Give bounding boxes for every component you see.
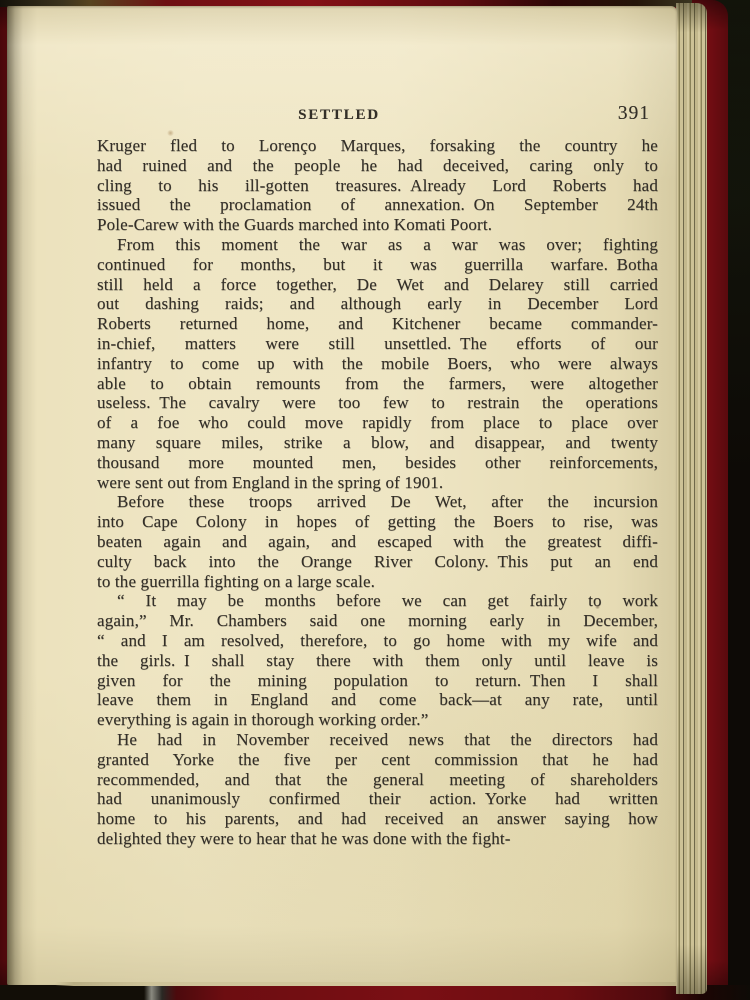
text-line: many square miles, strike a blow, and di…	[97, 433, 658, 453]
text-line: “ and I am resolved, therefore, to go ho…	[97, 631, 658, 651]
text-line: continued for months, but it was guerril…	[97, 255, 658, 275]
text-line: into Cape Colony in hopes of getting the…	[97, 512, 658, 532]
text-line: beaten again and again, and escaped with…	[97, 532, 658, 552]
text-line: useless. The cavalry were too few to res…	[97, 393, 658, 413]
scanned-book-photo: SETTLED 391 Kruger fled to Lorenço Marqu…	[0, 0, 750, 1000]
text-line: From this moment the war as a war was ov…	[97, 235, 658, 255]
text-line: had ruined and the people he had deceive…	[97, 156, 658, 176]
text-line: Before these troops arrived De Wet, afte…	[97, 492, 658, 512]
text-line: thousand more mounted men, besides other…	[97, 453, 658, 473]
paragraph: Kruger fled to Lorenço Marques, forsakin…	[97, 136, 658, 235]
paragraph: “ It may be months before we can get fai…	[97, 591, 658, 730]
text-line: recommended, and that the general meetin…	[97, 770, 658, 790]
paper-fleck	[595, 605, 600, 609]
text-line: were sent out from England in the spring…	[97, 473, 658, 493]
page-bottom-edge	[55, 982, 677, 986]
paragraph: From this moment the war as a war was ov…	[97, 235, 658, 492]
page-number: 391	[618, 102, 650, 126]
paragraph: Before these troops arrived De Wet, afte…	[97, 492, 658, 591]
text-line: home to his parents, and had received an…	[97, 809, 658, 829]
text-line: again,” Mr. Chambers said one morning ea…	[97, 611, 658, 631]
book-page: SETTLED 391 Kruger fled to Lorenço Marqu…	[7, 6, 677, 985]
text-line: cling to his ill-gotten treasures. Alrea…	[97, 176, 658, 196]
text-line: the girls. I shall stay there with them …	[97, 651, 658, 671]
running-head: SETTLED	[298, 108, 380, 123]
text-line: Pole-Carew with the Guards marched into …	[97, 215, 658, 235]
text-line: Roberts returned home, and Kitchener bec…	[97, 314, 658, 334]
text-line: leave them in England and come back—at a…	[97, 690, 658, 710]
book-cover-bottom-edge	[0, 985, 750, 1000]
text-line: granted Yorke the five per cent commissi…	[97, 750, 658, 770]
body-text: Kruger fled to Lorenço Marques, forsakin…	[97, 136, 658, 849]
text-line: in-chief, matters were still unsettled. …	[97, 334, 658, 354]
text-line: He had in November received news that th…	[97, 730, 658, 750]
gutter-shadow	[7, 6, 23, 985]
text-line: given for the mining population to retur…	[97, 671, 658, 691]
text-line: able to obtain remounts from the farmers…	[97, 374, 658, 394]
text-line: of a foe who could move rapidly from pla…	[97, 413, 658, 433]
text-line: culty back into the Orange River Colony.…	[97, 552, 658, 572]
page-stack-fore-edge	[676, 3, 707, 994]
page-header: SETTLED 391	[97, 102, 658, 126]
text-line: still held a force together, De Wet and …	[97, 275, 658, 295]
paper-fleck	[167, 130, 174, 136]
text-line: Kruger fled to Lorenço Marques, forsakin…	[97, 136, 658, 156]
paragraph: He had in November received news that th…	[97, 730, 658, 849]
text-line: “ It may be months before we can get fai…	[97, 591, 658, 611]
text-line: everything is again in thorough working …	[97, 710, 658, 730]
text-line: to the guerrilla fighting on a large sca…	[97, 572, 658, 592]
text-line: infantry to come up with the mobile Boer…	[97, 354, 658, 374]
text-line: out dashing raids; and although early in…	[97, 294, 658, 314]
text-line: delighted they were to hear that he was …	[97, 829, 658, 849]
text-line: had unanimously confirmed their action. …	[97, 789, 658, 809]
text-line: issued the proclamation of annexation. O…	[97, 195, 658, 215]
